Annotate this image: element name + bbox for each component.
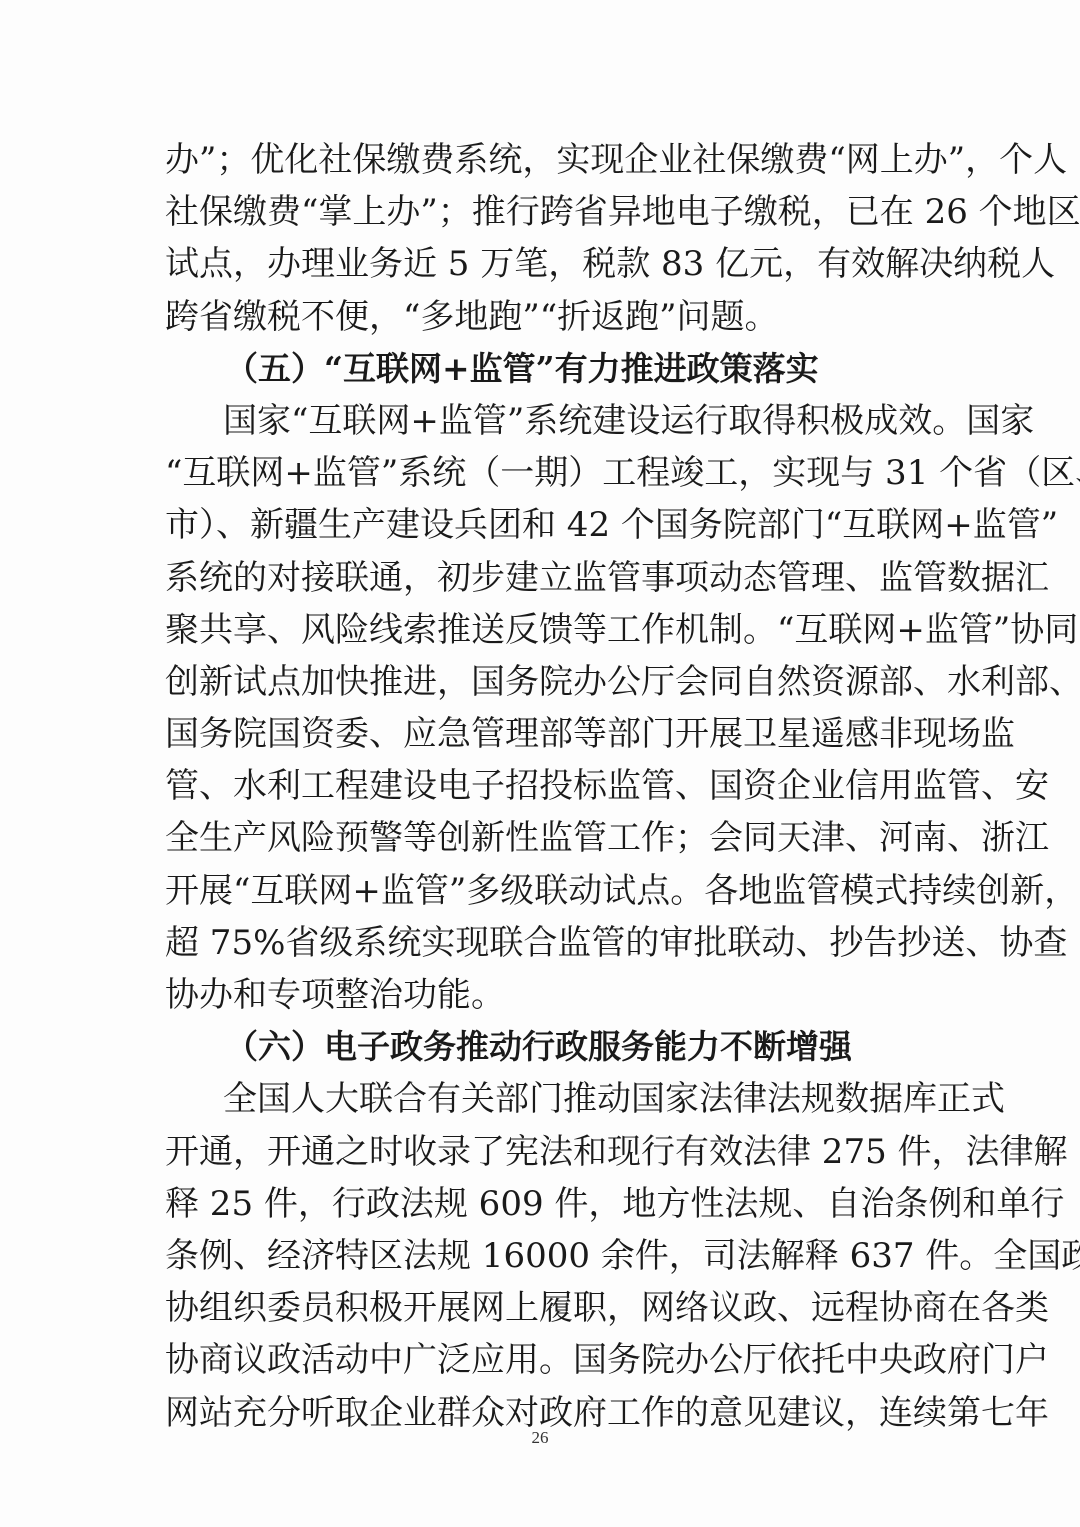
text-line: 协办和专项整治功能。 [165, 969, 917, 1021]
text-line: “互联网+监管”系统（一期）工程竣工，实现与 31 个省（区、 [165, 447, 917, 499]
text-line: 协组织委员积极开展网上履职，网络议政、远程协商在各类 [165, 1282, 917, 1334]
text-line: 社保缴费“掌上办”；推行跨省异地电子缴税，已在 26 个地区 [165, 186, 917, 238]
text-line: 跨省缴税不便，“多地跑”“折返跑”问题。 [165, 291, 917, 343]
text-line: 办”；优化社保缴费系统，实现企业社保缴费“网上办”，个人 [165, 134, 917, 186]
text-line: 开通，开通之时收录了宪法和现行有效法律 275 件，法律解 [165, 1126, 917, 1178]
page-number: 26 [0, 1428, 1080, 1448]
text-line: 系统的对接联通，初步建立监管事项动态管理、监管数据汇 [165, 552, 917, 604]
text-line: 释 25 件，行政法规 609 件，地方性法规、自治条例和单行 [165, 1178, 917, 1230]
section-heading-five: （五）“互联网+监管”有力推进政策落实 [165, 343, 917, 395]
text-line: 国家“互联网+监管”系统建设运行取得积极成效。国家 [165, 395, 917, 447]
text-line: 试点，办理业务近 5 万笔，税款 83 亿元，有效解决纳税人 [165, 238, 917, 290]
text-line: 超 75%省级系统实现联合监管的审批联动、抄告抄送、协查 [165, 917, 917, 969]
document-page: 办”；优化社保缴费系统，实现企业社保缴费“网上办”，个人 社保缴费“掌上办”；推… [0, 0, 1080, 1527]
text-line: 全生产风险预警等创新性监管工作；会同天津、河南、浙江 [165, 812, 917, 864]
text-line: 管、水利工程建设电子招投标监管、国资企业信用监管、安 [165, 760, 917, 812]
text-line: 市）、新疆生产建设兵团和 42 个国务院部门“互联网+监管” [165, 499, 917, 551]
section-heading-six: （六）电子政务推动行政服务能力不断增强 [165, 1021, 917, 1073]
text-line: 协商议政活动中广泛应用。国务院办公厅依托中央政府门户 [165, 1334, 917, 1386]
text-line: 全国人大联合有关部门推动国家法律法规数据库正式 [165, 1073, 917, 1125]
text-line: 创新试点加快推进，国务院办公厅会同自然资源部、水利部、 [165, 656, 917, 708]
text-line: 条例、经济特区法规 16000 余件，司法解释 637 件。全国政 [165, 1230, 917, 1282]
text-line: 国务院国资委、应急管理部等部门开展卫星遥感非现场监 [165, 708, 917, 760]
text-line: 聚共享、风险线索推送反馈等工作机制。“互联网+监管”协同 [165, 604, 917, 656]
document-body: 办”；优化社保缴费系统，实现企业社保缴费“网上办”，个人 社保缴费“掌上办”；推… [165, 134, 917, 1439]
text-line: 开展“互联网+监管”多级联动试点。各地监管模式持续创新， [165, 865, 917, 917]
